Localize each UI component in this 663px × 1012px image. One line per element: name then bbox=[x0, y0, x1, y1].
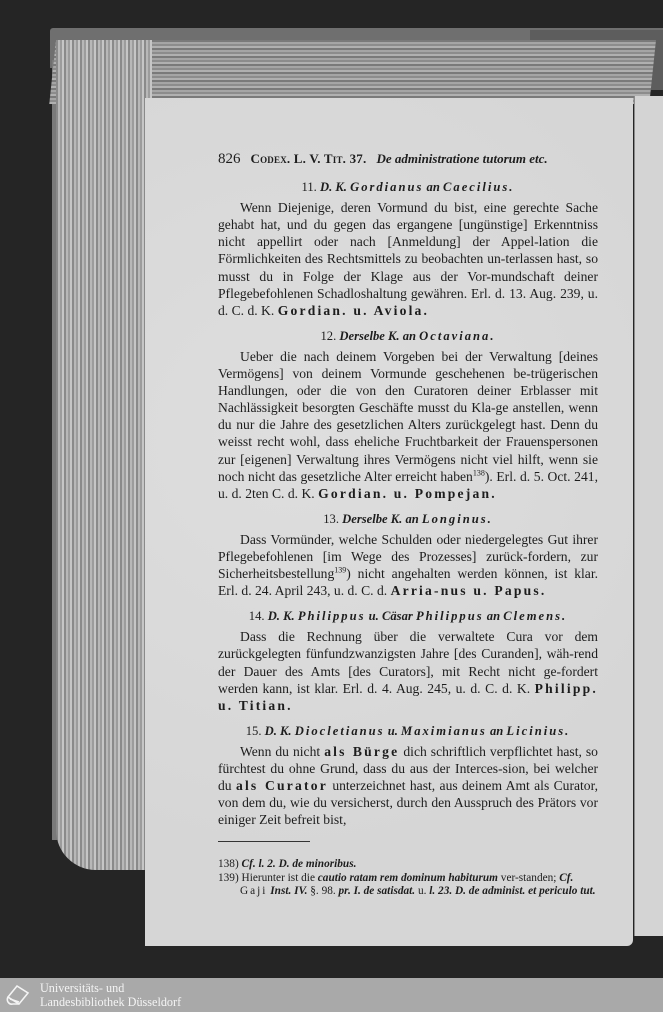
section-body-13: Dass Vormünder, welche Schulden oder nie… bbox=[218, 531, 598, 599]
page-text: 826 Codex. L. V. Tit. 37. De administrat… bbox=[218, 150, 598, 898]
codex-reference: Codex. L. V. Tit. 37. bbox=[251, 150, 367, 167]
section-heading-13: 13. Derselbe K. an Longinus. bbox=[218, 511, 598, 528]
footnote-ref-139: 139 bbox=[334, 566, 346, 575]
running-head: 826 Codex. L. V. Tit. 37. De administrat… bbox=[218, 150, 598, 168]
library-name-line-2: Landesbibliothek Düsseldorf bbox=[40, 995, 181, 1009]
book-logo-icon bbox=[4, 982, 32, 1008]
section-heading-12: 12. Derselbe K. an Octaviana. bbox=[218, 328, 598, 345]
page-stack-side-edges bbox=[56, 40, 152, 870]
section-body-15: Wenn du nicht als Bürge dich schriftlich… bbox=[218, 743, 598, 828]
section-heading-11: 11. D. K. Gordianus an Caecilius. bbox=[218, 179, 598, 196]
footnote-ref-138: 138 bbox=[473, 468, 485, 477]
footnote-138: 138) Cf. l. 2. D. de minoribus. bbox=[218, 858, 598, 871]
footnote-divider bbox=[218, 841, 310, 842]
section-body-11: Wenn Diejenige, deren Vormund du bist, e… bbox=[218, 199, 598, 319]
right-page-sliver bbox=[634, 96, 663, 936]
section-body-14: Dass die Rechnung über die verwaltete Cu… bbox=[218, 628, 598, 713]
section-body-12: Ueber die nach deinem Vorgeben bei der V… bbox=[218, 348, 598, 502]
page-number: 826 bbox=[218, 151, 241, 168]
section-heading-15: 15. D. K. Diocletianus u. Maximianus an … bbox=[218, 723, 598, 740]
library-footer-bar: Universitäts- und Landesbibliothek Düsse… bbox=[0, 978, 663, 1012]
library-name-line-1: Universitäts- und bbox=[40, 981, 181, 995]
section-heading-14: 14. D. K. Philippus u. Cäsar Philippus a… bbox=[218, 608, 598, 625]
library-name: Universitäts- und Landesbibliothek Düsse… bbox=[40, 981, 181, 1009]
footnote-139: 139) Hierunter ist die cautio ratam rem … bbox=[218, 872, 598, 899]
scanned-book-photo: 826 Codex. L. V. Tit. 37. De administrat… bbox=[0, 0, 663, 978]
running-title: De administratione tutorum etc. bbox=[376, 150, 547, 167]
